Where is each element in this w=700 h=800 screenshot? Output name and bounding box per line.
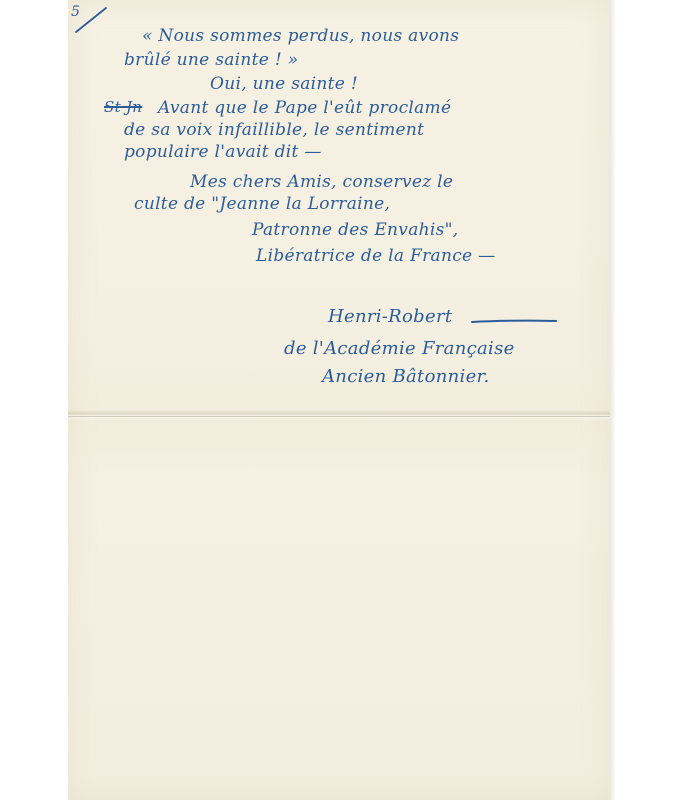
scan-background: 5 « Nous sommes perdus, nous avons brûlé… [0, 0, 700, 800]
letter-line-3: Oui, une sainte ! [210, 76, 358, 93]
letter-line-8: culte de "Jeanne la Lorraine, [134, 196, 390, 213]
signature-role: Ancien Bâtonnier. [322, 368, 489, 386]
fold-line [68, 416, 610, 417]
fold-crease [68, 410, 610, 420]
letter-line-10: Libératrice de la France — [256, 248, 495, 265]
letter-line-1: « Nous sommes perdus, nous avons [142, 28, 459, 45]
signature-flourish-icon [470, 316, 560, 326]
letter-line-4: Avant que le Pape l'eût proclamé [158, 100, 451, 117]
struck-text: St Jn [104, 100, 142, 115]
signature-title: de l'Académie Française [284, 340, 515, 358]
signature-name: Henri-Robert [328, 308, 452, 326]
page-marker-slash-icon [70, 2, 108, 34]
letter-line-6: populaire l'avait dit — [124, 144, 322, 161]
letter-line-5: de sa voix infaillible, le sentiment [124, 122, 424, 139]
letter-line-9: Patronne des Envahis", [252, 222, 458, 239]
letter-line-7: Mes chers Amis, conservez le [190, 174, 453, 191]
letter-line-2: brûlé une sainte ! » [124, 52, 298, 69]
